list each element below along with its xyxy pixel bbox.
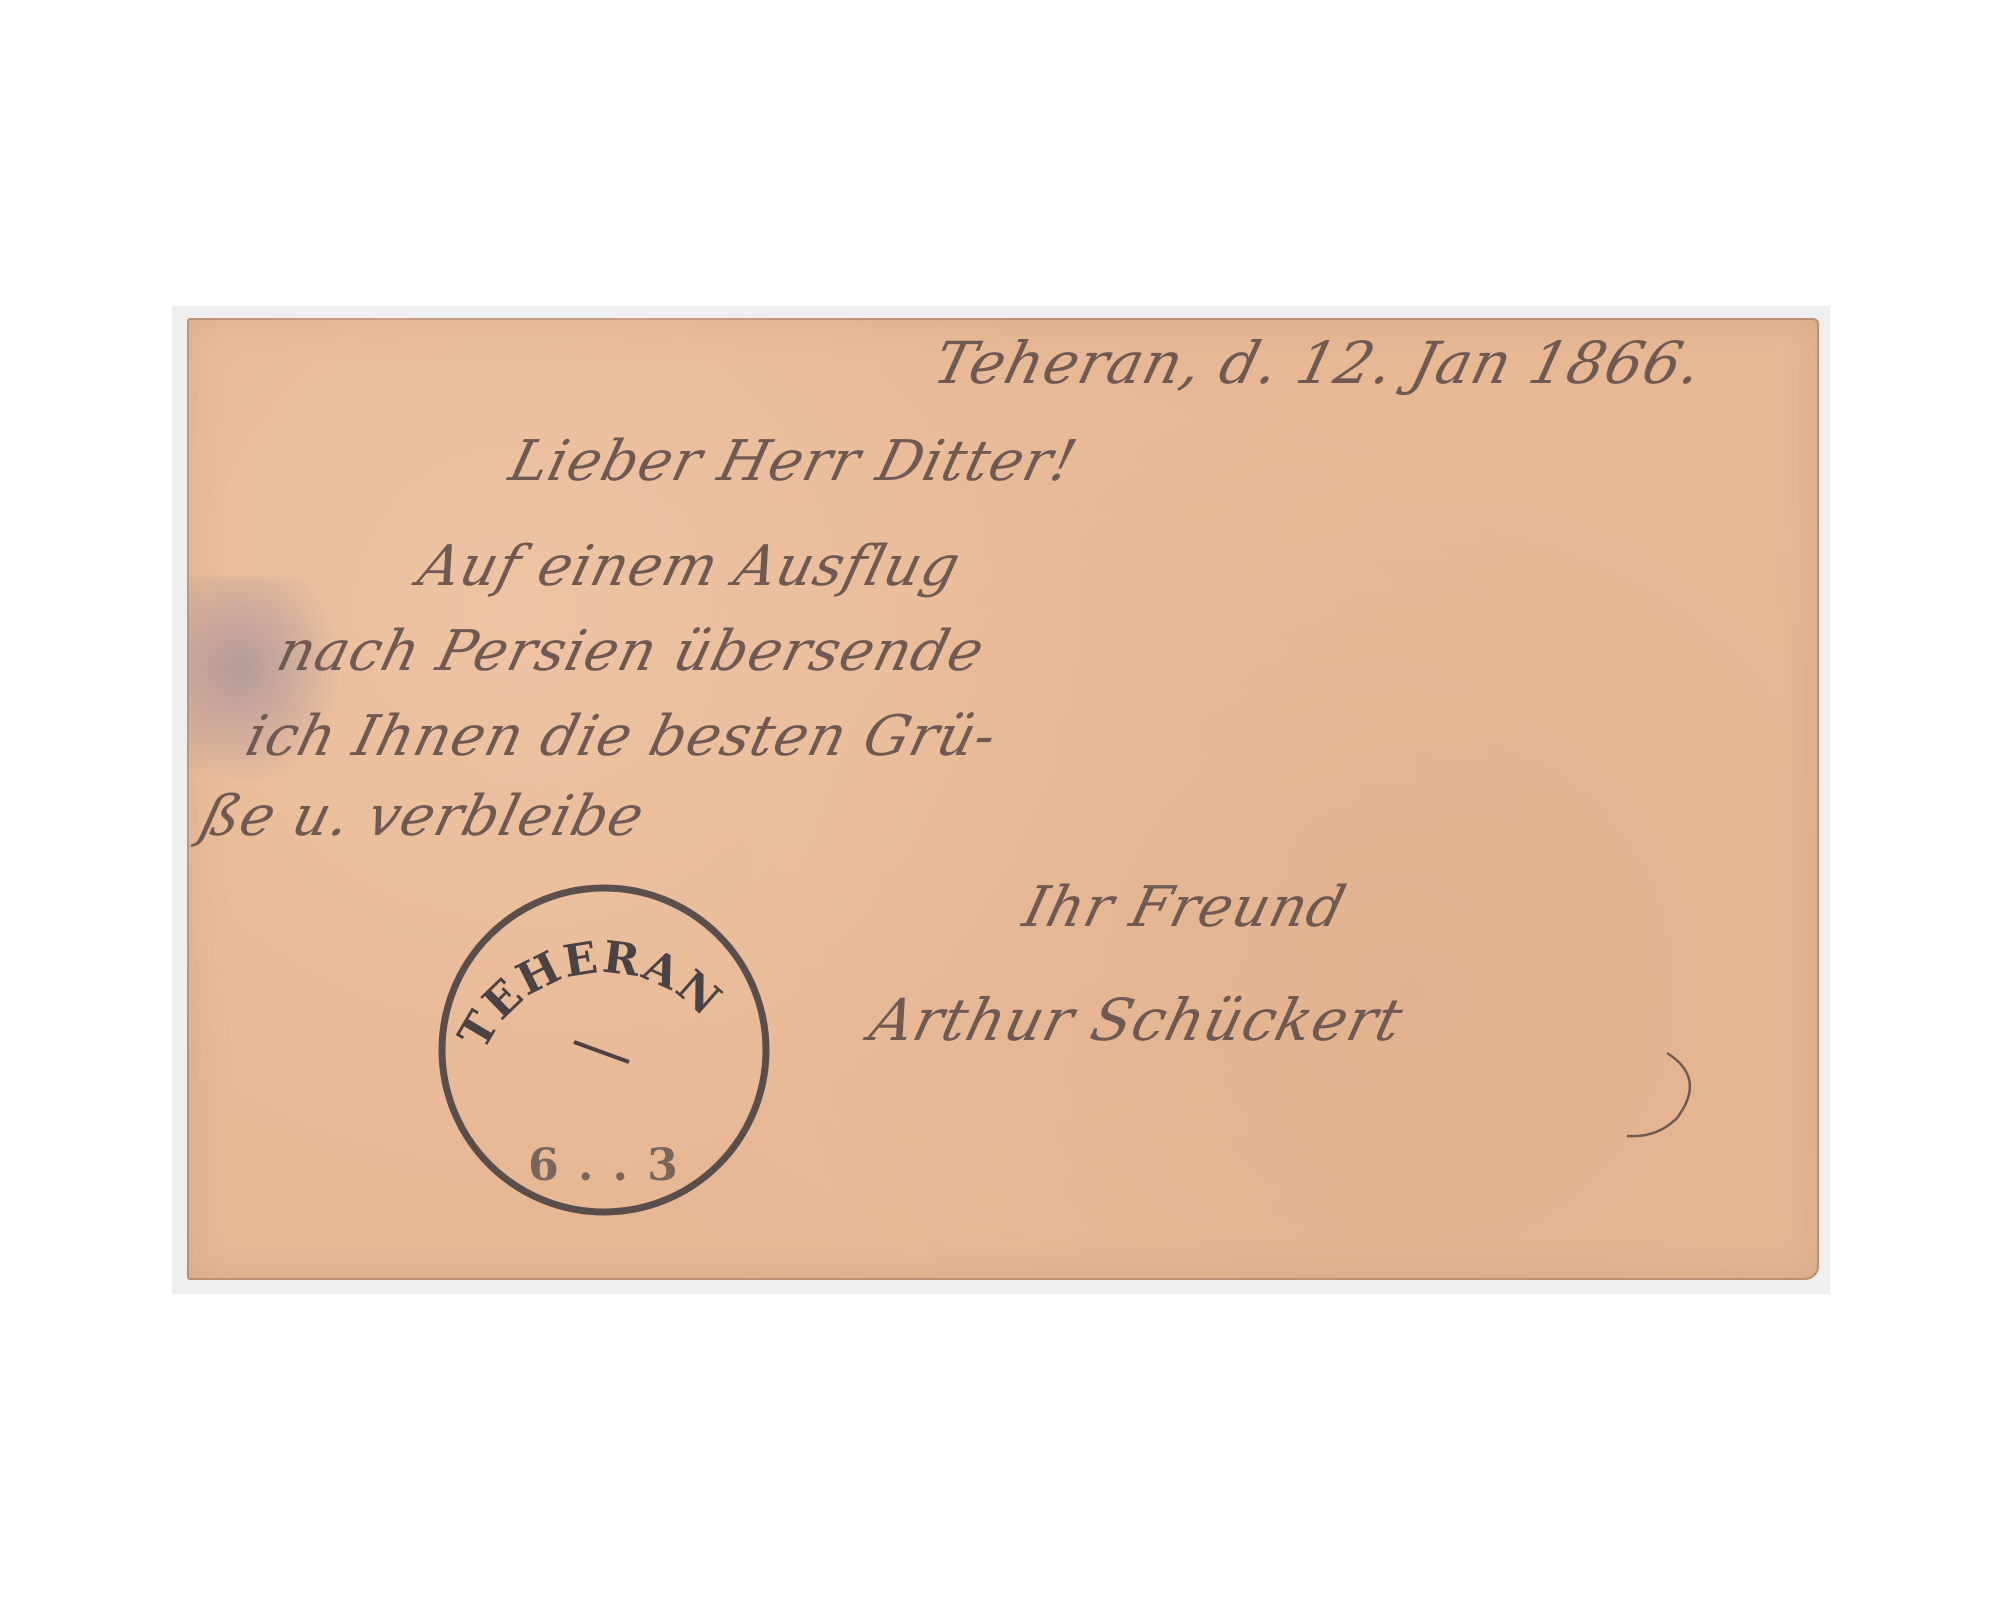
body-line-2: nach Persien übersende	[271, 619, 991, 684]
postmark: TEHERAN 6 . . 3	[442, 888, 766, 1212]
handwritten-message: Teheran, d. 12. Jan 1866. Lieber Herr Di…	[187, 318, 1819, 1280]
postmark-lower-marks: 6 . . 3	[528, 1140, 680, 1191]
signature: Arthur Schückert	[859, 986, 1410, 1054]
signature-flourish	[1627, 1053, 1690, 1136]
salutation: Lieber Herr Ditter!	[502, 429, 1084, 494]
body-line-3: ich Ihnen die besten Grü-	[240, 704, 1004, 769]
closing: Ihr Freund	[1016, 875, 1353, 940]
body-line-4: ße u. verbleibe	[190, 784, 651, 849]
dateline: Teheran, d. 12. Jan 1866.	[927, 329, 1710, 397]
postcard: Teheran, d. 12. Jan 1866. Lieber Herr Di…	[187, 318, 1819, 1280]
postmark-text: TEHERAN	[449, 932, 732, 1058]
postmark-date-bar	[574, 1042, 629, 1062]
body-line-1: Auf einem Ausflug	[407, 534, 967, 599]
